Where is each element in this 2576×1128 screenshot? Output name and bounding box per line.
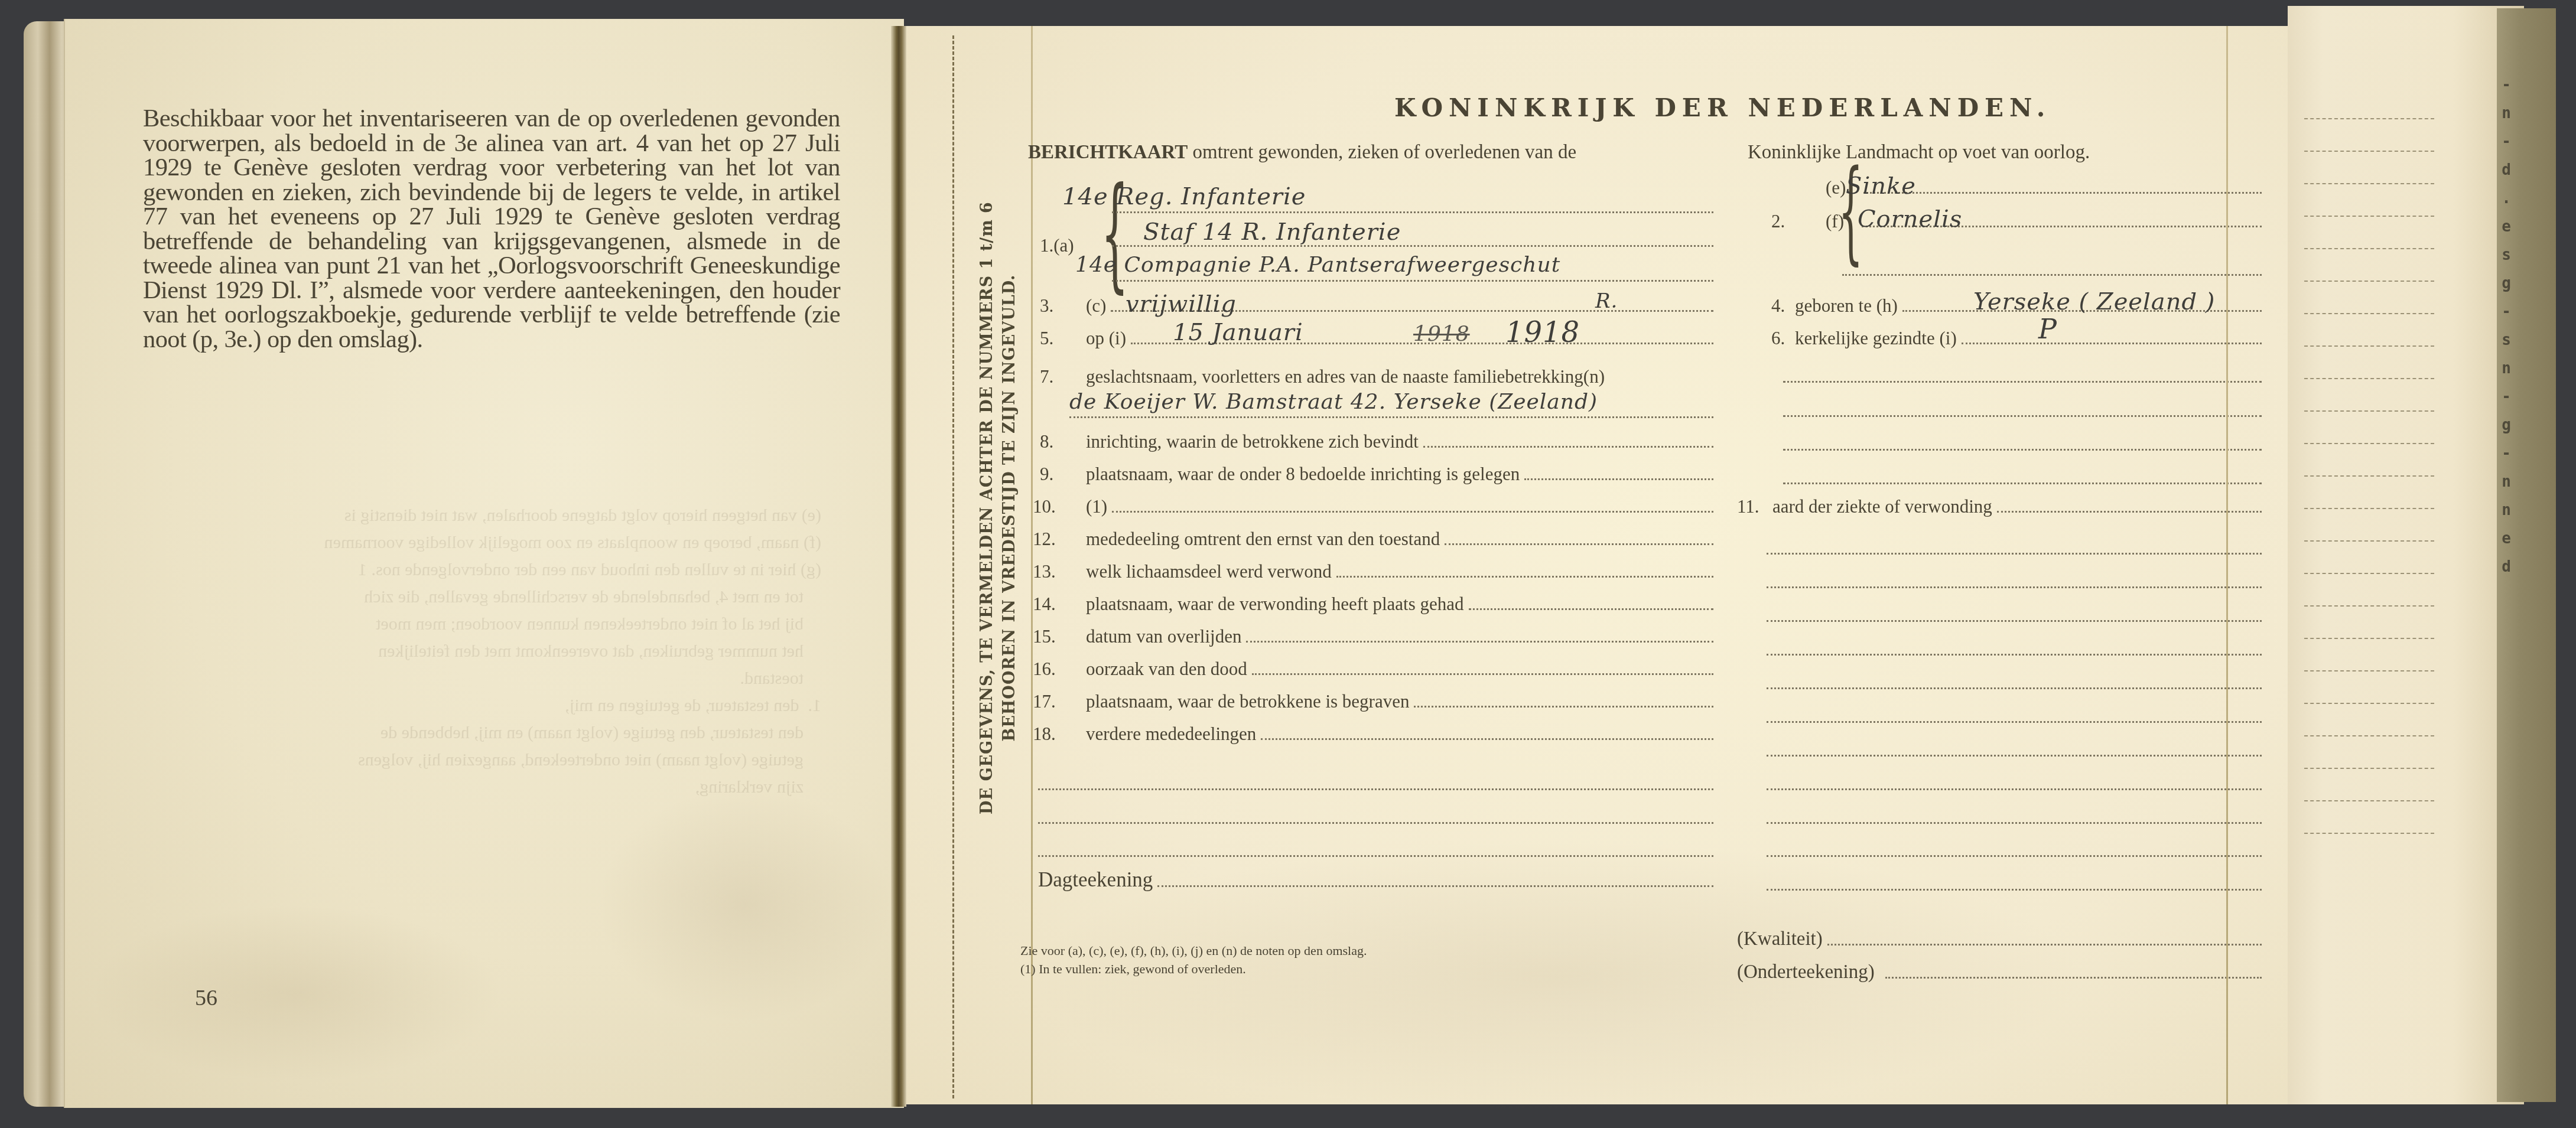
field-16: 16. oorzaak van den dood	[1033, 658, 1713, 680]
field-12-label: mededeeling omtrent den ernst van den to…	[1086, 529, 1440, 550]
field-18-number: 18.	[1033, 723, 1086, 745]
underlying-dash-line	[2304, 475, 2434, 477]
field-18-line-4[interactable]	[1038, 855, 1713, 857]
field-10-input-line[interactable]	[1112, 511, 1713, 513]
underlying-dash-line	[2304, 638, 2434, 639]
cover-strip-letter: .	[2494, 184, 2518, 213]
underlying-dash-line	[2304, 118, 2434, 119]
bleed-through-texture: (e) van hetgeen hierop volgt datgene doo…	[183, 502, 821, 915]
field-11: 11. aard der ziekte of verwonding	[1737, 496, 2262, 517]
field-11-input-line[interactable]	[1997, 511, 2262, 513]
field-11-line-10[interactable]	[1767, 822, 2262, 824]
field-6-label: kerkelijke gezindte (i)	[1795, 328, 1957, 349]
page-number: 56	[195, 985, 217, 1011]
right-col-line-1[interactable]	[1783, 381, 2262, 383]
field-14-number: 14.	[1033, 594, 1086, 615]
field-5-value: 15 Januari	[1173, 319, 1303, 346]
field-11-line-3[interactable]	[1767, 586, 2262, 588]
field-1-line-3[interactable]	[1112, 280, 1713, 282]
field-17: 17. plaatsnaam, waar de betrokkene is be…	[1033, 691, 1713, 712]
underlying-dash-line	[2304, 281, 2434, 282]
cover-strip-letter: s	[2494, 241, 2518, 269]
cover-strip-letter: -	[2494, 128, 2518, 156]
cover-strip-letter: -	[2494, 71, 2518, 99]
side-note-rotated: DE GEGEVENS, TE VERMELDEN ACHTER DE NUMM…	[976, 59, 1029, 957]
field-3-value: vrijwillig	[1126, 291, 1237, 318]
field-5-year: 1918	[1505, 316, 1580, 349]
field-11-line-6[interactable]	[1767, 687, 2262, 689]
cover-strip-letter: n	[2494, 468, 2518, 496]
underlying-dash-line	[2304, 800, 2434, 801]
cover-strip-letter: d	[2494, 156, 2518, 184]
right-col-line-3[interactable]	[1783, 449, 2262, 451]
field-7-value: de Koeijer W. Bamstraat 42. Yerseke (Zee…	[1069, 390, 1598, 414]
field-5-label: op (i)	[1086, 328, 1126, 349]
underlying-dash-line	[2304, 248, 2434, 249]
field-11-line-12[interactable]	[1767, 889, 2262, 891]
underlying-dash-line	[2304, 540, 2434, 542]
underlying-dash-line	[2304, 508, 2434, 509]
field-10: 10. (1)	[1033, 496, 1713, 517]
onderteekening-label: (Onderteekening)	[1737, 961, 1875, 983]
subheading-left-text: omtrent gewonden, zieken of overledenen …	[1192, 142, 1576, 163]
field-16-label: oorzaak van den dood	[1086, 658, 1247, 680]
field-3-suffix: R.	[1595, 289, 1618, 313]
underlying-dash-line	[2304, 443, 2434, 444]
underlying-dash-line	[2304, 735, 2434, 736]
cover-strip-letter: -	[2494, 383, 2518, 411]
field-4-label: geboren te (h)	[1795, 295, 1898, 317]
field-14-input-line[interactable]	[1469, 608, 1713, 610]
field-1-letter: (a)	[1053, 235, 1074, 256]
cover-strip-letter: -	[2494, 439, 2518, 468]
side-note-line-1: DE GEGEVENS, TE VERMELDEN ACHTER DE NUMM…	[976, 59, 998, 957]
form-title-berichtkaart: BERICHTKAART	[1028, 142, 1188, 163]
field-17-label: plaatsnaam, waar de betrokkene is begrav…	[1086, 691, 1409, 712]
field-8-input-line[interactable]	[1423, 446, 1713, 448]
underlying-dash-line	[2304, 768, 2434, 769]
field-5-number: 5.	[1040, 328, 1086, 349]
field-9-label: plaatsnaam, waar de onder 8 bedoelde inr…	[1086, 464, 1520, 485]
field-14: 14. plaatsnaam, waar de verwonding heeft…	[1033, 594, 1713, 615]
onderteekening: (Onderteekening)	[1737, 961, 2262, 983]
field-4-value: Yerseke ( Zeeland )	[1973, 288, 2215, 315]
field-15: 15. datum van overlijden	[1033, 626, 1713, 647]
underlying-dash-line	[2304, 833, 2434, 834]
field-12-number: 12.	[1033, 529, 1086, 550]
dagteekening-label: Dagteekening	[1038, 868, 1153, 892]
book-gutter	[891, 26, 906, 1107]
footnote-1: Zie voor (a), (c), (e), (f), (h), (i), (…	[1020, 943, 1367, 959]
cover-strip-letter: s	[2494, 326, 2518, 354]
field-9-number: 9.	[1040, 464, 1086, 485]
cover-strip-letter: g	[2494, 411, 2518, 439]
footnote-2: (1) In te vullen: ziek, gewond of overle…	[1020, 961, 1246, 977]
kwaliteit-input-line[interactable]	[1827, 944, 2262, 946]
field-15-number: 15.	[1033, 626, 1086, 647]
right-col-line-4[interactable]	[1783, 483, 2262, 484]
field-16-number: 16.	[1033, 658, 1086, 680]
onderteekening-input-line[interactable]	[1885, 977, 2262, 979]
cover-strip-letter: -	[2494, 298, 2518, 326]
field-13-label: welk lichaamsdeel werd verwond	[1086, 561, 1332, 582]
field-13-number: 13.	[1033, 561, 1086, 582]
field-11-number: 11.	[1737, 496, 1772, 517]
left-page-paragraph: Beschikbaar voor het inventariseeren van…	[143, 106, 840, 351]
field-9-input-line[interactable]	[1524, 478, 1713, 480]
field-2-number: 2.	[1771, 211, 1826, 232]
field-1-number: 1.	[1040, 235, 1053, 256]
field-6-input-line[interactable]	[1962, 343, 2262, 344]
field-11-line-7[interactable]	[1767, 721, 2262, 723]
field-10-label: (1)	[1086, 496, 1107, 517]
field-7: 7. geslachtsnaam, voorletters en adres v…	[1040, 366, 1605, 387]
field-18-label: verdere mededeelingen	[1086, 723, 1256, 745]
cover-strip-letter: e	[2494, 524, 2518, 553]
cover-strip-letter: d	[2494, 553, 2518, 581]
kwaliteit-label: (Kwaliteit)	[1737, 928, 1823, 950]
cover-strip-letter: e	[2494, 213, 2518, 241]
underlying-dash-line	[2304, 410, 2434, 412]
underlying-dash-line	[2304, 378, 2434, 379]
underlying-dash-line	[2304, 313, 2434, 314]
field-12-input-line[interactable]	[1445, 543, 1713, 545]
field-2f-value: Cornelis	[1858, 206, 1962, 233]
field-11-line-4[interactable]	[1767, 620, 2262, 622]
field-3-label: (c)	[1086, 295, 1106, 317]
field-18-line-2[interactable]	[1038, 788, 1713, 790]
field-1-value-line-2: Staf 14 R. Infanterie	[1143, 219, 1401, 246]
field-5-struck-year: 1918	[1413, 322, 1470, 346]
cover-strip-letter: n	[2494, 354, 2518, 383]
cover-strip-letter: n	[2494, 496, 2518, 524]
field-7-label: geslachtsnaam, voorletters en adres van …	[1086, 366, 1605, 387]
underlying-dash-line	[2304, 605, 2434, 607]
underlying-dash-line	[2304, 345, 2434, 347]
field-13: 13. welk lichaamsdeel werd verwond	[1033, 561, 1713, 582]
underlying-dash-line	[2304, 670, 2434, 671]
underlying-page-strip	[2288, 6, 2524, 1104]
field-10-number: 10.	[1033, 496, 1086, 517]
binding-stitch	[952, 35, 954, 1098]
field-11-label: aard der ziekte of verwonding	[1772, 496, 1992, 517]
field-15-label: datum van overlijden	[1086, 626, 1241, 647]
cover-strip-letter: n	[2494, 99, 2518, 128]
field-11-line-5[interactable]	[1767, 654, 2262, 656]
field-11-line-8[interactable]	[1767, 755, 2262, 757]
side-note-line-2: BEHOOREN IN VREDESTIJD TE ZIJN INGEVULD.	[998, 59, 1021, 957]
field-1-value-line-1: 14e Reg. Infanterie	[1062, 183, 1306, 210]
underlying-dash-line	[2304, 183, 2434, 184]
kwaliteit: (Kwaliteit)	[1737, 928, 2262, 950]
field-2e-input-line[interactable]	[1863, 192, 2262, 194]
field-9: 9. plaatsnaam, waar de onder 8 bedoelde …	[1040, 464, 1713, 485]
dagteekening: Dagteekening	[1038, 868, 1713, 892]
field-14-label: plaatsnaam, waar de verwonding heeft pla…	[1086, 594, 1464, 615]
field-4-number: 4.	[1771, 295, 1795, 317]
field-8-number: 8.	[1040, 431, 1086, 452]
field-6-number: 6.	[1771, 328, 1795, 349]
form-subheading-right: Koninklijke Landmacht op voet van oorlog…	[1748, 142, 2090, 164]
field-7-input-line[interactable]	[1069, 416, 1713, 418]
field-6-value: P	[2038, 313, 2057, 345]
field-18: 18. verdere mededeelingen	[1033, 723, 1713, 745]
field-11-line-9[interactable]	[1767, 788, 2262, 790]
field-8: 8. inrichting, waarin de betrokkene zich…	[1040, 431, 1713, 452]
field-17-number: 17.	[1033, 691, 1086, 712]
field-11-line-11[interactable]	[1767, 855, 2262, 857]
right-col-line-2[interactable]	[1783, 415, 2262, 417]
field-16-input-line[interactable]	[1252, 673, 1713, 675]
underlying-dash-line	[2304, 703, 2434, 704]
field-5: 5. op (i)	[1040, 328, 1713, 349]
field-18-input-line[interactable]	[1261, 738, 1713, 740]
perforation-right	[2226, 26, 2228, 1104]
field-2e-value: Sinke	[1846, 172, 1916, 200]
field-6: 6. kerkelijke gezindte (i)	[1771, 328, 2262, 349]
field-11-line-2[interactable]	[1767, 553, 2262, 555]
form-heading: KONINKRIJK DER NEDERLANDEN.	[1394, 93, 2051, 122]
field-8-label: inrichting, waarin de betrokkene zich be…	[1086, 431, 1419, 452]
field-2-line-3[interactable]	[1842, 274, 2262, 276]
cover-strip-letters: -n-d.esg-sn-g-nned	[2494, 71, 2518, 581]
field-13-input-line[interactable]	[1336, 576, 1713, 578]
field-12: 12. mededeeling omtrent den ernst van de…	[1033, 529, 1713, 550]
underlying-dash-line	[2304, 216, 2434, 217]
cover-strip-letter: g	[2494, 269, 2518, 298]
underlying-dash-line	[2304, 573, 2434, 574]
field-1-line-1[interactable]	[1112, 211, 1713, 213]
dagteekening-input-line[interactable]	[1157, 885, 1713, 887]
field-17-input-line[interactable]	[1414, 706, 1713, 708]
field-1-value-line-3: 14e Compagnie P.A. Pantserafweergeschut	[1075, 253, 1560, 277]
field-15-input-line[interactable]	[1246, 641, 1713, 643]
field-18-line-3[interactable]	[1038, 822, 1713, 824]
field-7-number: 7.	[1040, 366, 1086, 387]
underlying-dash-line	[2304, 151, 2434, 152]
field-3-number: 3.	[1040, 295, 1086, 317]
